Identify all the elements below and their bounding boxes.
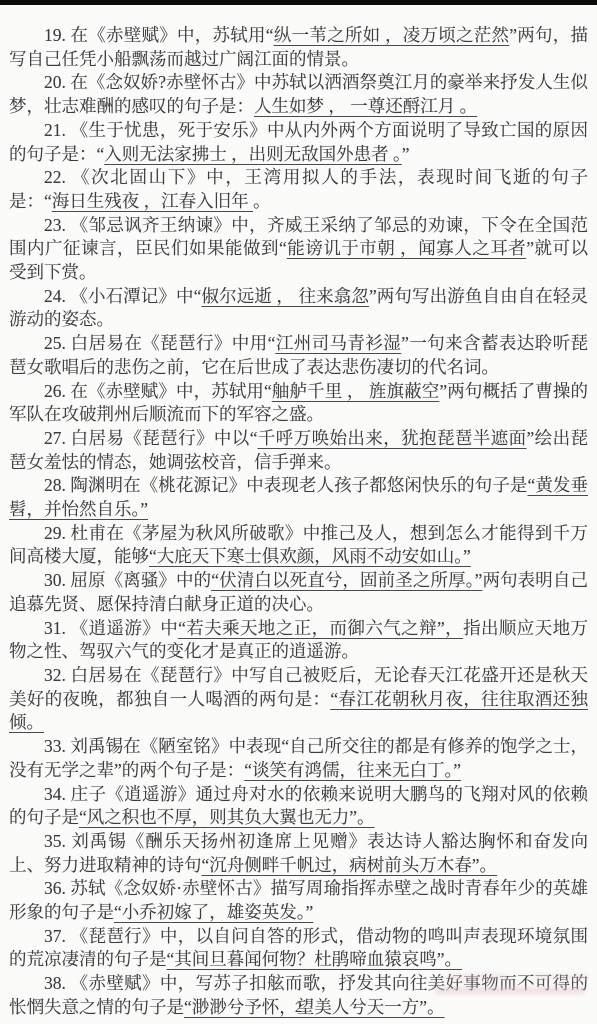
question-item: 30. 屈原《离骚》中的“伏清白以死直兮，固前圣之所厚。”两句表明自己追慕先贤、… xyxy=(9,569,588,616)
question-item: 20. 在《念奴娇?赤壁怀古》中苏轼以洒酒祭奠江月的豪举来抒发人生似梦，壮志难酬… xyxy=(9,71,588,118)
page-number: 2 xyxy=(0,1000,597,1017)
question-item: 27. 白居易《琵琶行》中以“千呼万唤始出来，犹抱琵琶半遮面”绘出琵琶女羞怯的情… xyxy=(9,427,588,474)
item-number: 33. xyxy=(44,736,70,756)
item-number: 38. xyxy=(44,973,71,993)
item-number: 36. xyxy=(44,878,70,898)
question-item: 34. 庄子《逍遥游》通过舟对水的依赖来说明大鹏鸟的飞翔对风的依赖的句子是“风之… xyxy=(9,783,588,830)
item-number: 37. xyxy=(44,926,71,946)
question-item: 25. 白居易在《琵琶行》中用“江州司马青衫湿”一句来含蓄表达聆听琵琶女歌唱后的… xyxy=(9,332,588,379)
answer-blank-filled: “谈笑有鸿儒，往来无白丁。” xyxy=(244,760,461,780)
scan-top-bar xyxy=(0,0,597,5)
answer-blank-filled: 纵一苇之所如 ，凌万顷之茫然 xyxy=(274,25,510,45)
question-item: 37. 《琵琶行》中，以自问自答的形式，借动物的鸣叫声表现环境氛围的荒凉凄清的句… xyxy=(9,925,588,972)
item-text: 。 xyxy=(253,191,271,211)
item-number: 29. xyxy=(44,523,71,543)
question-item: 32. 白居易在《琵琶行》中写自己被贬后，无论春天江花盛开还是秋天美好的夜晚，都… xyxy=(9,664,588,735)
answer-blank-filled: 千呼万唤始出来，犹抱琵琶半遮面 xyxy=(258,428,527,448)
item-number: 30. xyxy=(44,570,70,590)
item-list: 19. 在《赤壁赋》中，苏轼用“纵一苇之所如 ，凌万顷之茫然”两句，描写自己任凭… xyxy=(9,24,588,1020)
question-item: 23. 《邹忌讽齐王纳谏》中，齐威王采纳了邹忌的劝谏，下令在全国范围内广征谏言，… xyxy=(9,214,588,285)
item-text: 在《赤壁赋》中，苏轼用“ xyxy=(70,381,271,401)
item-number: 25. xyxy=(44,333,71,353)
answer-blank-filled: “若夫乘天地之正，而御六气之辩”， xyxy=(178,618,463,638)
answer-blank-filled: 舳舻千里 ， 旌旗蔽空 xyxy=(272,381,440,401)
item-text: ” xyxy=(402,144,410,164)
watermark-smudge xyxy=(435,987,585,994)
item-text: 白居易《琵琶行》中以“ xyxy=(71,428,258,448)
answer-blank-filled: 入则无法家拂士 ，出则无敌国外患者 。 xyxy=(104,144,402,164)
item-number: 32. xyxy=(44,665,71,685)
item-number: 31. xyxy=(44,618,71,638)
question-item: 26. 在《赤壁赋》中，苏轼用“舳舻千里 ， 旌旗蔽空”两句概括了曹操的军队在攻… xyxy=(9,380,588,427)
document-content: 19. 在《赤壁赋》中，苏轼用“纵一苇之所如 ，凌万顷之茫然”两句，描写自己任凭… xyxy=(9,24,588,1020)
item-text: 屈原《离骚》中的 xyxy=(70,570,211,590)
question-item: 21. 《生于忧患，死于安乐》中从内外两个方面说明了导致亡国的原因的句子是：“入… xyxy=(9,119,588,166)
answer-blank-filled: 俶尔远逝 ， 往来翕忽 xyxy=(201,286,369,306)
watermark-smudge xyxy=(534,974,589,980)
answer-blank-filled: “其间旦暮闻何物？杜鹃啼血猿哀鸣”。 xyxy=(167,949,463,969)
answer-blank-filled: “小乔初嫁了，雄姿英发。” xyxy=(114,902,313,922)
item-number: 21. xyxy=(44,120,71,140)
answer-blank-filled: “沉舟侧畔千帆过，病树前头万木春”。 xyxy=(202,855,498,875)
item-number: 26. xyxy=(44,381,70,401)
item-text: 《逍遥游》中 xyxy=(71,618,178,638)
item-text: 在《赤壁赋》中，苏轼用“ xyxy=(71,25,274,45)
item-text: 《小石潭记》中“ xyxy=(70,286,201,306)
item-number: 28. xyxy=(44,475,70,495)
item-number: 19. xyxy=(44,25,71,45)
question-item: 31. 《逍遥游》中“若夫乘天地之正，而御六气之辩”，指出顺应天地万物之性、驾驭… xyxy=(9,617,588,664)
item-number: 35. xyxy=(44,831,71,851)
question-item: 24. 《小石潭记》中“俶尔远逝 ， 往来翕忽”两句写出游鱼自由自在轻灵游动的姿… xyxy=(9,285,588,332)
question-item: 29. 杜甫在《茅屋为秋风所破歌》中推己及人，想到怎么才能得到千万间高楼大厦，能… xyxy=(9,522,588,569)
question-item: 36. 苏轼《念奴娇·赤壁怀古》描写周瑜指挥赤壁之战时青春年少的英雄形象的句子是… xyxy=(9,877,588,924)
question-item: 19. 在《赤壁赋》中，苏轼用“纵一苇之所如 ，凌万顷之茫然”两句，描写自己任凭… xyxy=(9,24,588,71)
question-item: 33. 刘禹锡在《陋室铭》中表现“自己所交往的都是有修养的饱学之士，没有无学之辈… xyxy=(9,735,588,782)
answer-blank-filled: “风之积也不厚，则其负大翼也无力”。 xyxy=(79,807,375,827)
item-number: 23. xyxy=(44,215,71,235)
item-number: 34. xyxy=(44,784,71,804)
answer-blank-filled: 海日生残夜 ，江春入旧年 xyxy=(52,191,253,211)
item-text: 白居易在《琵琶行》中用“ xyxy=(71,333,276,353)
item-number: 24. xyxy=(44,286,70,306)
item-number: 27. xyxy=(44,428,71,448)
watermark-smudge xyxy=(447,974,507,980)
item-number: 20. xyxy=(44,72,70,92)
answer-blank-filled: 人生如梦 ， 一尊还酹江月 。 xyxy=(254,96,477,116)
question-item: 35. 刘禹锡《酬乐天扬州初逢席上见赠》表达诗人豁达胸怀和奋发向上、努力进取精神… xyxy=(9,830,588,877)
item-number: 22. xyxy=(44,167,72,187)
answer-blank-filled: 能谤讥于市朝 ，闻寡人之耳者 xyxy=(287,238,526,258)
answer-blank-filled: 江州司马青衫湿 xyxy=(275,333,401,353)
question-item: 22. 《次北固山下》中，王湾用拟人的手法，表现时间飞逝的句子是：“海日生残夜 … xyxy=(9,166,588,213)
item-text: 陶渊明在《桃花源记》中表现老人孩子都悠闲快乐的句子是 xyxy=(70,475,527,495)
answer-blank-filled: “大庇天下寒士俱欢颜，风雨不动安如山。” xyxy=(149,546,471,566)
answer-blank-filled: “伏清白以死直兮，固前圣之所厚。” xyxy=(211,570,482,590)
question-item: 28. 陶渊明在《桃花源记》中表现老人孩子都悠闲快乐的句子是“黄发垂髫，并怡然自… xyxy=(9,474,588,521)
